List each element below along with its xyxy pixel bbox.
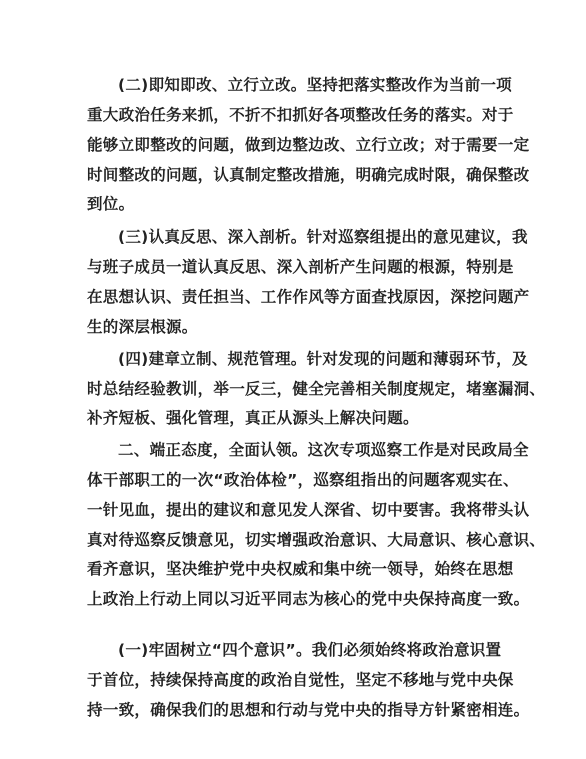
- paragraph-line: 体干部职工的一次“政治体检”，巡察组指出的问题客观实在、: [87, 470, 519, 490]
- paragraph-line: 上政治上行动上同以习近平同志为核心的党中央保持高度一致。: [87, 589, 529, 609]
- paragraph-line: 一针见血，提出的建议和意见发人深省、切中要害。我将带头认: [87, 500, 529, 520]
- paragraph-first-line: (四)建章立制、规范管理。针对发现的问题和薄弱环节，及: [118, 349, 528, 369]
- paragraph-line: 看齐意识，坚决维护党中央权威和集中统一领导，始终在思想: [87, 559, 514, 579]
- paragraph-line: 生的深层根源。: [87, 317, 198, 337]
- paragraph-line: 到位。: [87, 194, 134, 214]
- paragraph-line: 与班子成员一道认真反思、深入剖析产生问题的根源，特别是: [87, 257, 514, 277]
- paragraph-first-line: 二、端正态度，全面认领。这次专项巡察工作是对民政局全: [118, 440, 529, 460]
- paragraph-line: 能够立即整改的问题，做到边整边改、立行立改；对于需要一定: [87, 135, 529, 155]
- paragraph-line: 时间整改的问题，认真制定整改措施，明确完成时限，确保整改: [87, 165, 529, 185]
- paragraph-line: 补齐短板、强化管理，真正从源头上解决问题。: [87, 408, 419, 428]
- paragraph-line: 重大政治任务来抓，不折不扣抓好各项整改任务的落实。对于: [87, 105, 514, 125]
- paragraph-first-line: (一)牢固树立“四个意识”。我们必须始终将政治意识置: [118, 640, 501, 660]
- paragraph-line: 持一致，确保我们的思想和行动与党中央的指导方针紧密相连。: [87, 700, 529, 720]
- paragraph-first-line: (三)认真反思、深入剖析。针对巡察组提出的意见建议，我: [118, 227, 528, 247]
- paragraph-line: 时总结经验教训，举一反三，健全完善相关制度规定，堵塞漏洞、: [87, 379, 545, 399]
- paragraph-line: 真对待巡察反馈意见，切实增强政治意识、大局意识、核心意识、: [87, 530, 545, 550]
- paragraph-line: 在思想认识、责任担当、工作作风等方面查找原因，深挖问题产: [87, 287, 529, 307]
- paragraph-first-line: (二)即知即改、立行立改。坚持把落实整改作为当前一项: [118, 75, 512, 95]
- paragraph-line: 于首位，持续保持高度的政治自觉性，坚定不移地与党中央保: [87, 670, 514, 690]
